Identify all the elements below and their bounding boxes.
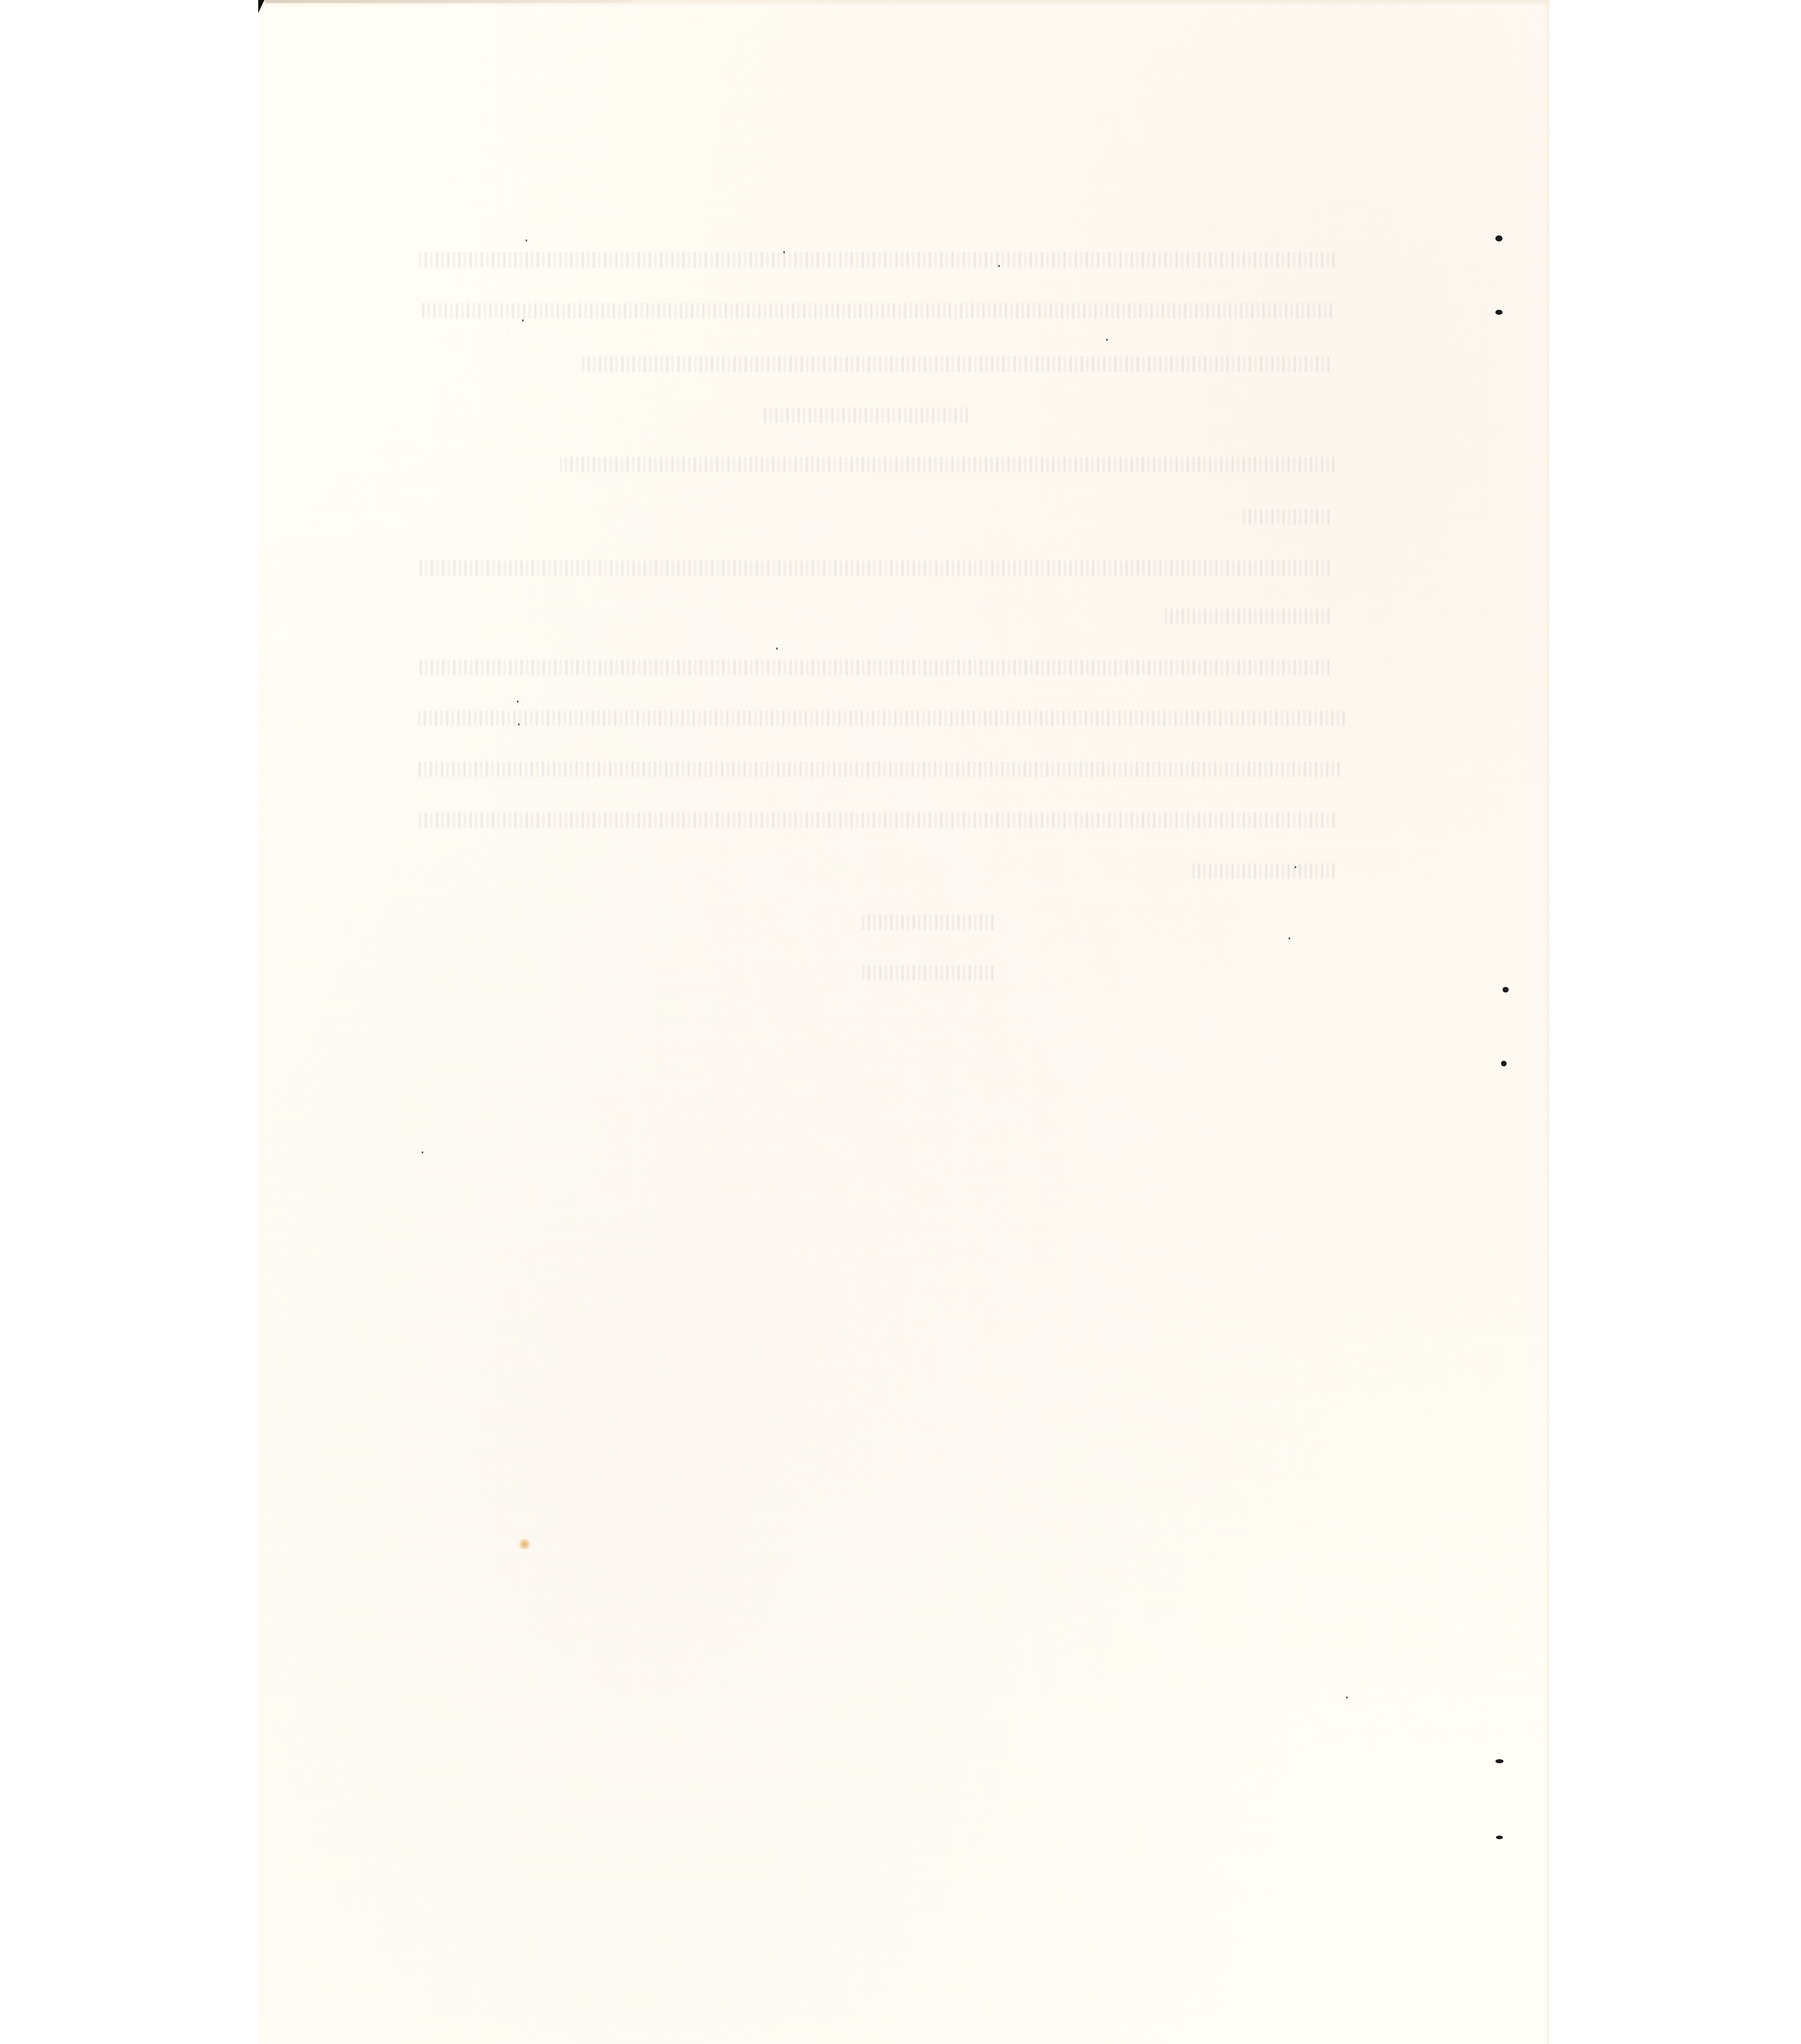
binding-hole-mark: [1501, 1061, 1507, 1066]
show-through-line: [764, 408, 968, 423]
show-through-line: [1161, 609, 1329, 624]
dust-speck: [1346, 1697, 1348, 1699]
dust-speck: [526, 239, 527, 241]
dust-speck: [1106, 339, 1108, 341]
show-through-line: [861, 915, 993, 930]
dust-speck: [518, 723, 520, 725]
binding-hole-mark: [1503, 987, 1509, 992]
binding-hole-mark: [1496, 1836, 1503, 1839]
dust-speck: [522, 319, 524, 321]
dust-speck: [1295, 866, 1296, 868]
show-through-line: [861, 965, 993, 981]
right-paper-edge: [1547, 0, 1550, 2044]
dust-speck: [422, 1151, 423, 1153]
show-through-line: [1192, 864, 1334, 879]
binding-hole-mark: [1495, 1759, 1504, 1763]
binding-hole-mark: [1495, 235, 1503, 241]
top-edge-discoloration: [265, 0, 632, 3]
show-through-line: [418, 711, 1345, 726]
dust-speck: [776, 648, 778, 650]
show-through-line: [418, 762, 1340, 777]
show-through-line: [560, 457, 1334, 472]
show-through-line: [420, 303, 1332, 318]
show-through-line: [1243, 509, 1329, 525]
foxing-spot: [519, 1539, 531, 1550]
show-through-line: [418, 560, 1329, 576]
show-through-line: [418, 252, 1334, 267]
corner-scan-shadow: [258, 0, 264, 13]
document-description: Blank cream paper sheet showing faint, m…: [0, 0, 1, 1]
dust-speck: [517, 701, 519, 703]
show-through-line: [581, 357, 1329, 372]
dust-speck: [783, 251, 785, 253]
show-through-line: [418, 660, 1329, 675]
binding-hole-mark: [1495, 310, 1503, 315]
show-through-line: [418, 813, 1334, 828]
dust-speck: [1289, 937, 1290, 939]
dust-speck: [998, 265, 1000, 267]
